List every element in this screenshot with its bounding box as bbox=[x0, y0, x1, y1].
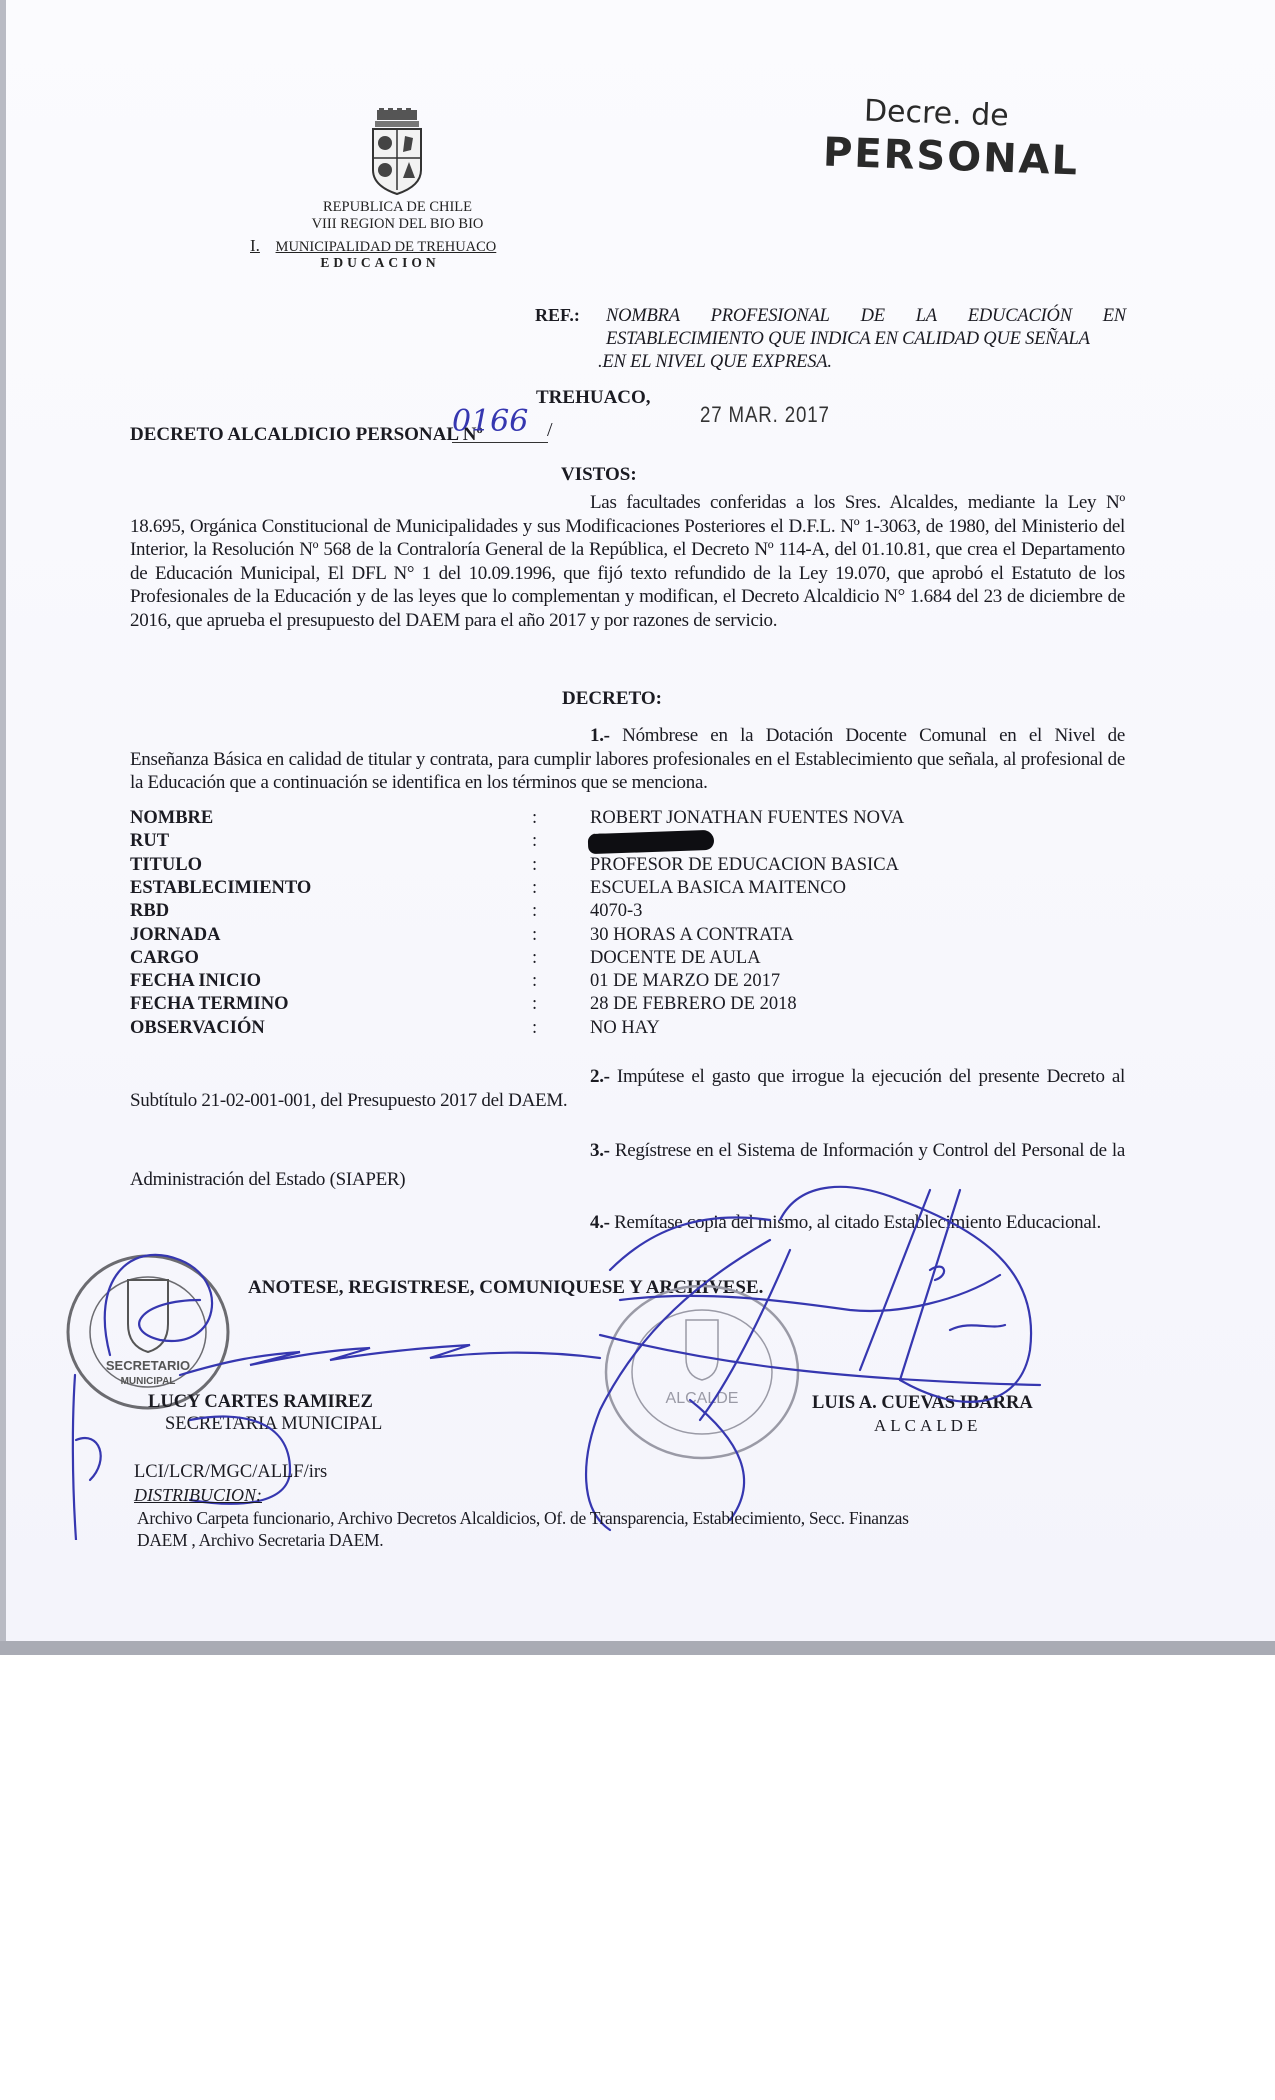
item1-paragraph: 1.- Nómbrese en la Dotación Docente Comu… bbox=[130, 724, 1125, 795]
item4-paragraph: 4.- Remítase copia del mismo, al citado … bbox=[130, 1207, 1125, 1239]
field-label: FECHA TERMINO bbox=[130, 994, 288, 1015]
field-value: NO HAY bbox=[590, 1018, 660, 1039]
item3-text: Regístrese en el Sistema de Información … bbox=[130, 1140, 1125, 1190]
date-stamp: 27 MAR. 2017 bbox=[700, 402, 830, 428]
decree-title: DECRETO ALCALDICIO PERSONAL Nº bbox=[130, 424, 483, 446]
field-value: ESCUELA BASICA MAITENCO bbox=[590, 878, 846, 899]
field-value: 01 DE MARZO DE 2017 bbox=[590, 971, 780, 992]
field-row-rut: RUT:17.218.145-7 bbox=[130, 831, 930, 854]
distribution-heading: DISTRIBUCION: bbox=[134, 1485, 262, 1506]
field-row-fecha-inicio: FECHA INICIO:01 DE MARZO DE 2017 bbox=[130, 971, 930, 994]
distribution-line2: DAEM , Archivo Secretaria DAEM. bbox=[137, 1530, 383, 1551]
field-colon: : bbox=[532, 994, 537, 1015]
field-value: ROBERT JONATHAN FUENTES NOVA bbox=[590, 808, 904, 829]
field-colon: : bbox=[532, 878, 537, 899]
vistos-text: Las facultades conferidas a los Sres. Al… bbox=[130, 492, 1125, 631]
field-label: ESTABLECIMIENTO bbox=[130, 878, 311, 899]
secretary-name: LUCY CARTES RAMIREZ bbox=[148, 1392, 373, 1413]
field-label: CARGO bbox=[130, 948, 199, 969]
decree-number-slash: / bbox=[547, 419, 553, 442]
field-colon: : bbox=[532, 1018, 537, 1039]
field-label: FECHA INICIO bbox=[130, 971, 261, 992]
stamp-line2: PERSONAL bbox=[822, 130, 1080, 185]
item2-number: 2.- bbox=[590, 1066, 610, 1087]
item3-paragraph: 3.- Regístrese en el Sistema de Informac… bbox=[130, 1136, 1125, 1194]
field-row-cargo: CARGO:DOCENTE DE AULA bbox=[130, 948, 930, 971]
ref-line3: .EN EL NIVEL QUE EXPRESA. bbox=[598, 351, 1126, 374]
item3-number: 3.- bbox=[590, 1140, 610, 1161]
decree-number: 0166 bbox=[452, 404, 528, 439]
mayor-name: LUIS A. CUEVAS IBARRA bbox=[812, 1393, 1033, 1414]
ref-word: NOMBRA bbox=[606, 305, 680, 328]
header-municipality-name: MUNICIPALIDAD DE TREHUACO bbox=[276, 239, 497, 255]
ref-text: NOMBRAPROFESIONALDELAEDUCACIÓNEN ESTABLE… bbox=[606, 305, 1126, 374]
field-row-rbd: RBD:4070-3 bbox=[130, 901, 930, 924]
field-label: RUT bbox=[130, 831, 169, 852]
field-row-jornada: JORNADA:30 HORAS A CONTRATA bbox=[130, 925, 930, 948]
field-colon: : bbox=[532, 971, 537, 992]
ref-word: PROFESIONAL bbox=[711, 305, 830, 328]
ref-line1: NOMBRAPROFESIONALDELAEDUCACIÓNEN bbox=[606, 305, 1126, 328]
decree-number-line: 0166 bbox=[452, 410, 548, 443]
secretary-title: SECRETARIA MUNICIPAL bbox=[165, 1414, 382, 1435]
field-label: OBSERVACIÓN bbox=[130, 1018, 265, 1039]
closing-formula: ANOTESE, REGISTRESE, COMUNIQUESE Y ARCHI… bbox=[248, 1277, 763, 1299]
field-value: 28 DE FEBRERO DE 2018 bbox=[590, 994, 797, 1015]
distribution-line1: Archivo Carpeta funcionario, Archivo Dec… bbox=[137, 1508, 909, 1529]
field-label: TITULO bbox=[130, 855, 202, 876]
field-colon: : bbox=[532, 901, 537, 922]
field-value: 30 HORAS A CONTRATA bbox=[590, 925, 794, 946]
field-value: PROFESOR DE EDUCACION BASICA bbox=[590, 855, 899, 876]
ref-word: LA bbox=[916, 305, 937, 328]
ref-label: REF.: bbox=[535, 305, 580, 326]
decreto-heading: DECRETO: bbox=[562, 688, 662, 710]
mayor-title: ALCALDE bbox=[874, 1416, 981, 1436]
field-label: JORNADA bbox=[130, 925, 220, 946]
vistos-paragraph: Las facultades conferidas a los Sres. Al… bbox=[130, 491, 1125, 632]
field-label: NOMBRE bbox=[130, 808, 213, 829]
header-republic: REPUBLICA DE CHILE bbox=[290, 199, 505, 216]
field-row-observaci-n: OBSERVACIÓN:NO HAY bbox=[130, 1018, 930, 1041]
item2-text: Impútese el gasto que irrogue la ejecuci… bbox=[130, 1066, 1125, 1111]
field-colon: : bbox=[532, 831, 537, 852]
scan-edge-bottom bbox=[0, 1641, 1275, 1655]
field-label: RBD bbox=[130, 901, 169, 922]
item1-number: 1.- bbox=[590, 725, 610, 746]
field-row-nombre: NOMBRE:ROBERT JONATHAN FUENTES NOVA bbox=[130, 808, 930, 831]
header-municipality: I. MUNICIPALIDAD DE TREHUACO bbox=[250, 236, 540, 256]
ref-word: EDUCACIÓN bbox=[968, 305, 1072, 328]
field-colon: : bbox=[532, 925, 537, 946]
field-colon: : bbox=[532, 808, 537, 829]
field-value: DOCENTE DE AULA bbox=[590, 948, 761, 969]
item1-text: Nómbrese en la Dotación Docente Comunal … bbox=[130, 725, 1125, 793]
vistos-heading: VISTOS: bbox=[561, 464, 637, 486]
field-value: 4070-3 bbox=[590, 901, 642, 922]
municipal-coat-of-arms-icon bbox=[367, 108, 427, 196]
header-region: VIII REGION DEL BIO BIO bbox=[290, 216, 505, 233]
header-prefix: I. bbox=[250, 236, 260, 255]
item4-number: 4.- bbox=[590, 1212, 610, 1233]
field-row-establecimiento: ESTABLECIMIENTO:ESCUELA BASICA MAITENCO bbox=[130, 878, 930, 901]
header-department: EDUCACION bbox=[310, 255, 450, 271]
initials: LCI/LCR/MGC/ALLF/irs bbox=[134, 1462, 327, 1483]
ref-word: DE bbox=[861, 305, 885, 328]
field-row-titulo: TITULO:PROFESOR DE EDUCACION BASICA bbox=[130, 855, 930, 878]
scan-edge-left bbox=[0, 0, 6, 1655]
item4-text: Remítase copia del mismo, al citado Esta… bbox=[614, 1212, 1101, 1233]
item2-paragraph: 2.- Impútese el gasto que irrogue la eje… bbox=[130, 1065, 1125, 1112]
ref-line2: ESTABLECIMIENTO QUE INDICA EN CALIDAD QU… bbox=[606, 328, 1126, 351]
field-colon: : bbox=[532, 855, 537, 876]
place: TREHUACO, bbox=[536, 387, 651, 409]
ref-word: EN bbox=[1103, 305, 1126, 328]
stamp-line1: Decre. de bbox=[863, 93, 1009, 133]
field-colon: : bbox=[532, 948, 537, 969]
field-row-fecha-termino: FECHA TERMINO:28 DE FEBRERO DE 2018 bbox=[130, 994, 930, 1017]
